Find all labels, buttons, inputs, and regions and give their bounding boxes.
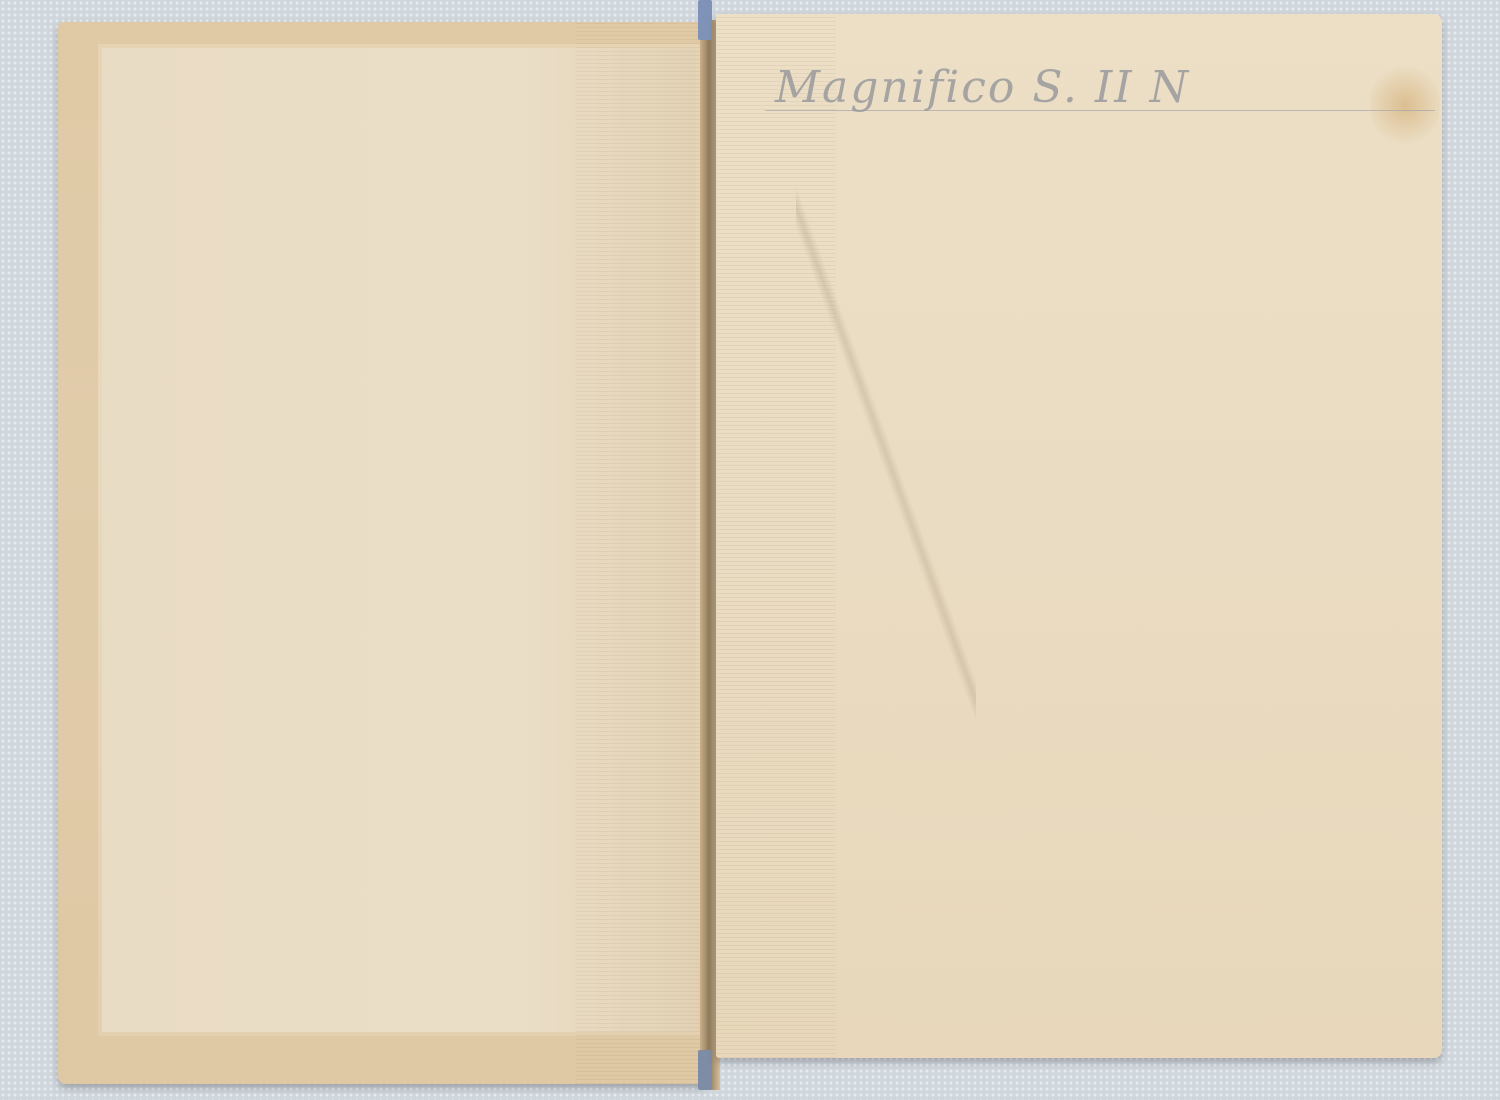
right-endpaper <box>716 14 1442 1058</box>
left-inside-board <box>58 22 706 1084</box>
spine-cloth-bottom <box>698 1050 712 1090</box>
foxing-stain <box>1370 60 1440 150</box>
left-hinge-texture <box>576 22 706 1084</box>
paper-crease <box>796 154 976 754</box>
pencil-inscription: Magnifico S. II N <box>775 62 1190 113</box>
spine-cloth-top <box>698 0 712 40</box>
